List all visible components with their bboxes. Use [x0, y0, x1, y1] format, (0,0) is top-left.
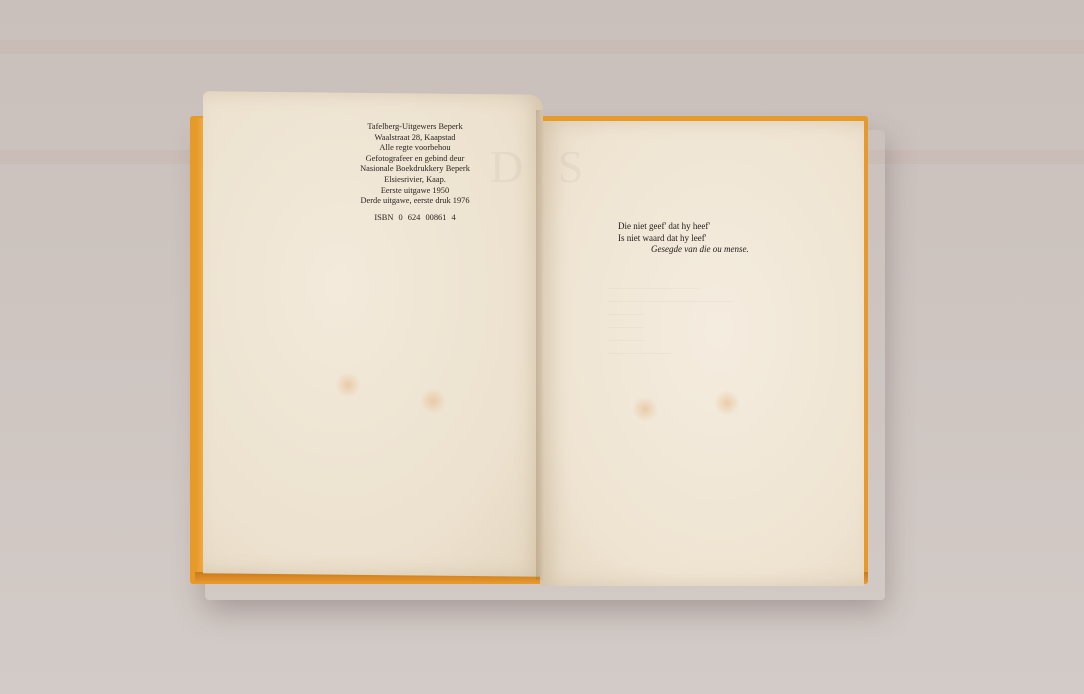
show-through-text: ————————————————————————————————————————…: [608, 282, 734, 360]
imprint-line: Alle regte voorbehou: [340, 143, 490, 154]
show-through-title: D S: [490, 140, 583, 193]
foxing-spot: [632, 396, 658, 422]
epigraph-line: Die niet geef' dat hy heef': [618, 221, 749, 233]
imprint-line: Elsiesrivier, Kaap.: [340, 175, 490, 186]
foxing-spot: [335, 372, 361, 398]
imprint-line: Eerste uitgawe 1950: [340, 186, 490, 197]
epigraph-attribution: Gesegde van die ou mense.: [651, 244, 749, 256]
surface-stripe: [0, 40, 1084, 54]
epigraph-line: Is niet waard dat hy leef': [618, 233, 749, 245]
imprint-line: Derde uitgawe, eerste druk 1976: [340, 196, 490, 207]
imprint-line: Waalstraat 28, Kaapstad: [340, 133, 490, 144]
isbn: ISBN 0 624 00861 4: [340, 213, 490, 224]
imprint-line: Tafelberg-Uitgewers Beperk: [340, 122, 490, 133]
imprint-line: Nasionale Boekdrukkery Beperk: [340, 164, 490, 175]
foxing-spot: [714, 390, 740, 416]
foxing-spot: [420, 388, 446, 414]
epigraph: Die niet geef' dat hy heef' Is niet waar…: [618, 221, 749, 256]
imprint-line: Gefotografeer en gebind deur: [340, 154, 490, 165]
imprint-block: Tafelberg-Uitgewers Beperk Waalstraat 28…: [340, 122, 490, 223]
